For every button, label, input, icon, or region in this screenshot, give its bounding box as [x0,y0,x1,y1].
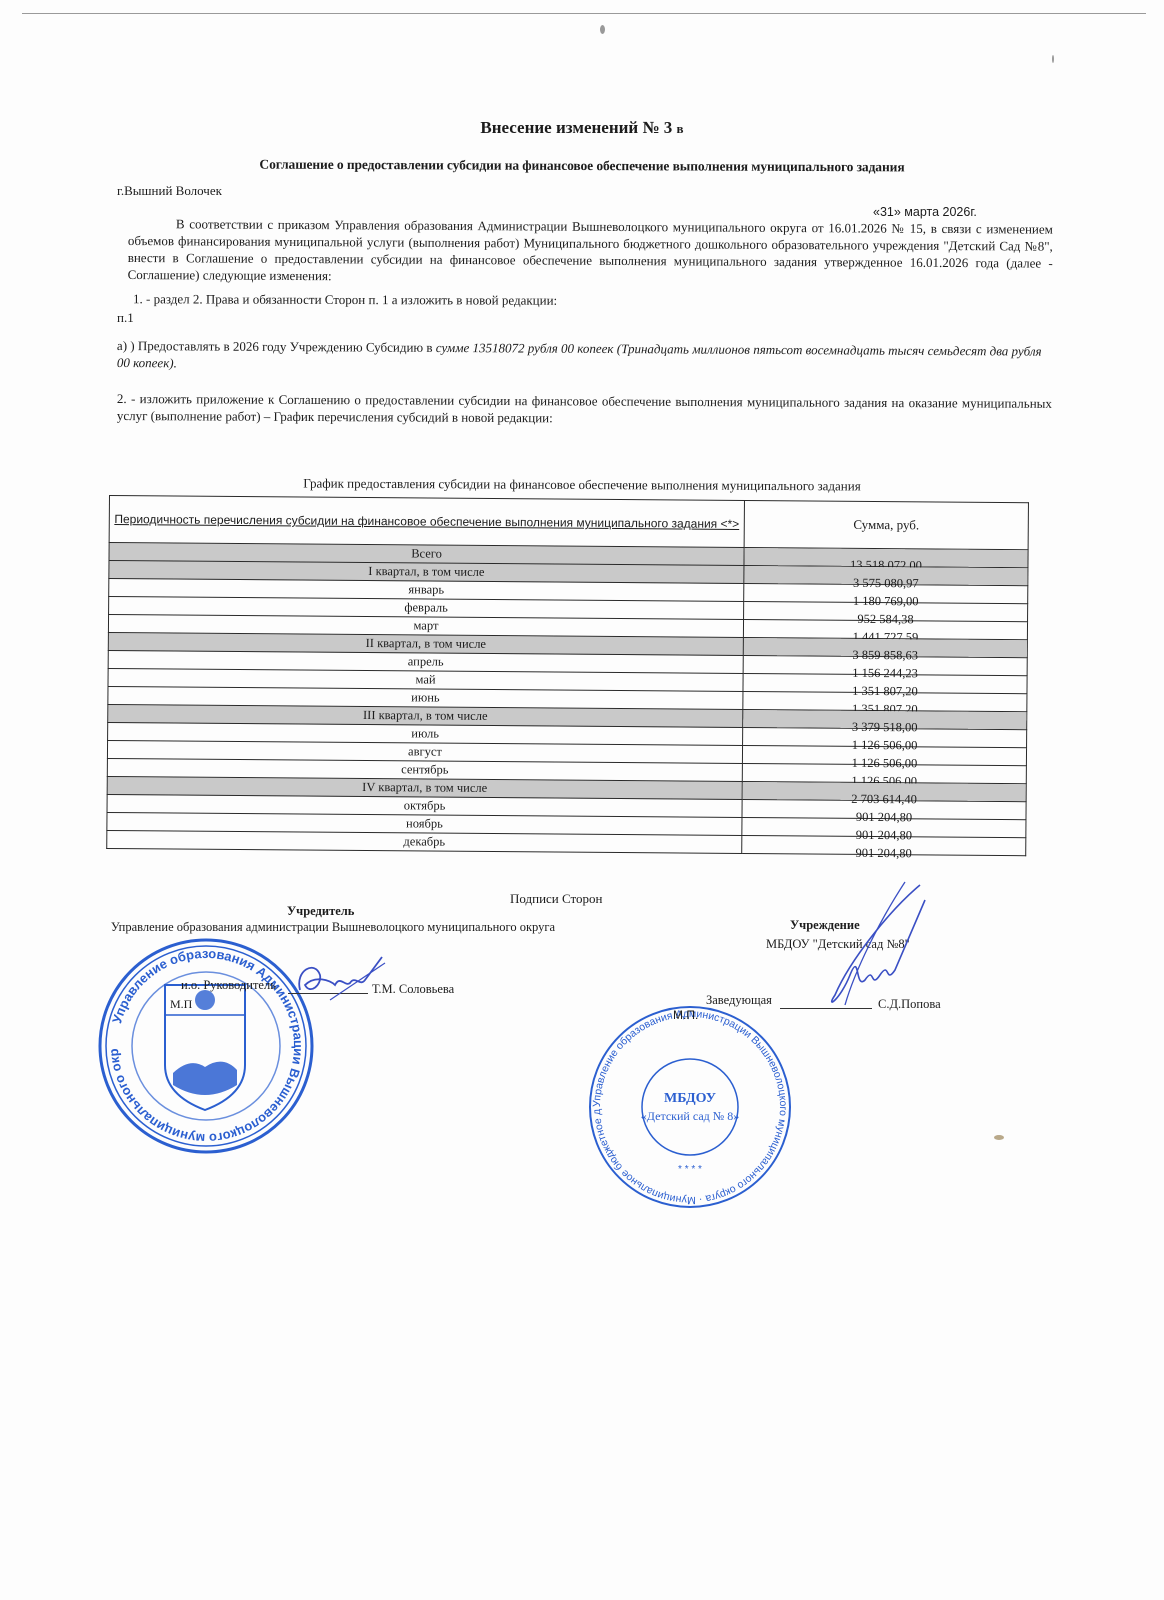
scan-edge-line [22,13,1146,14]
svg-text:* * * *: * * * * [678,1164,702,1175]
amount-cell: 3 859 858,63 [743,637,1027,657]
schedule-body: Всего13 518 072,00I квартал, в том числе… [107,543,1028,856]
founder-seal-label: М.П [170,997,192,1012]
city: г.Вышний Волочек [117,183,222,199]
signatures-heading: Подписи Сторон [510,891,603,907]
column-header-period: Периодичность перечисления субсидии на ф… [109,496,744,548]
clause-a: а) ) Предоставлять в 2026 году Учреждени… [117,337,1052,377]
schedule-table-wrap: Периодичность перечисления субсидии на ф… [106,495,1029,856]
amount-cell: 952 584,38 [744,601,1028,621]
document-title: Внесение изменений № 3 в [0,118,1164,138]
founder-seal-stamp: Управление образования Администрации Выш… [95,935,317,1157]
amendment-item-1: 1. - раздел 2. Права и обязанности Сторо… [133,291,557,308]
svg-text:МБДОУ: МБДОУ [664,1091,716,1106]
amount-cell: 3 379 518,00 [743,709,1027,729]
clause-label: п.1 [117,310,134,326]
founder-signature [290,955,390,1005]
founder-role: и.о. Руководитель [181,978,276,993]
clause-a-prefix: а) ) Предоставлять в 2026 году Учреждени… [117,338,433,355]
founder-heading: Учредитель [287,904,354,919]
amount-cell: 901 204,80 [742,835,1026,855]
document-subtitle: Соглашение о предоставлении субсидии на … [0,155,1164,176]
period-cell: декабрь [107,830,742,853]
amount-cell: 13 518 072,00 [744,547,1028,567]
scan-speck [600,25,605,34]
founder-organization: Управление образования администрации Выш… [108,920,558,935]
schedule-title: График предоставления субсидии на финанс… [0,474,1164,496]
svg-text:«Детский сад № 8»: «Детский сад № 8» [641,1109,739,1123]
amount-cell: 1 126 506,00 [742,745,1026,765]
title-suffix: в [677,121,684,136]
amount-cell: 901 204,80 [742,817,1026,837]
amount-cell: 1 126 506,00 [742,763,1026,783]
intro-text: В соответствии с приказом Управления обр… [128,216,1053,283]
founder-name: Т.М. Соловьева [372,982,454,997]
intro-paragraph: В соответствии с приказом Управления обр… [128,215,1053,289]
amount-cell: 3 575 080,97 [744,565,1028,585]
amount-cell: 1 351 807,20 [743,691,1027,711]
scan-speck [1052,55,1054,63]
amount-cell: 2 703 614,40 [742,781,1026,801]
amount-value: 901 204,80 [742,845,1025,862]
amount-cell: 1 180 769,00 [744,583,1028,603]
amount-cell: 901 204,80 [742,799,1026,819]
amount-cell: 1 126 506,00 [743,727,1027,747]
title-text: Внесение изменений № 3 [480,118,672,137]
scan-speck [994,1135,1004,1140]
amount-cell: 1 351 807,20 [743,673,1027,693]
institution-role: Заведующая [706,993,772,1008]
amount-cell: 1 156 244,23 [743,655,1027,675]
institution-seal-stamp: Управление образования Администрации Выш… [585,1002,795,1212]
institution-seal-label: М.П. [673,1008,698,1022]
schedule-table: Периодичность перечисления субсидии на ф… [106,495,1029,856]
document-date: «31» марта 2026г. [873,205,977,219]
institution-name: С.Д.Попова [878,997,941,1012]
amount-cell: 1 441 727,59 [743,619,1027,639]
amendment-item-2: 2. - изложить приложение к Соглашению о … [117,390,1052,429]
column-header-amount: Сумма, руб. [744,500,1028,549]
